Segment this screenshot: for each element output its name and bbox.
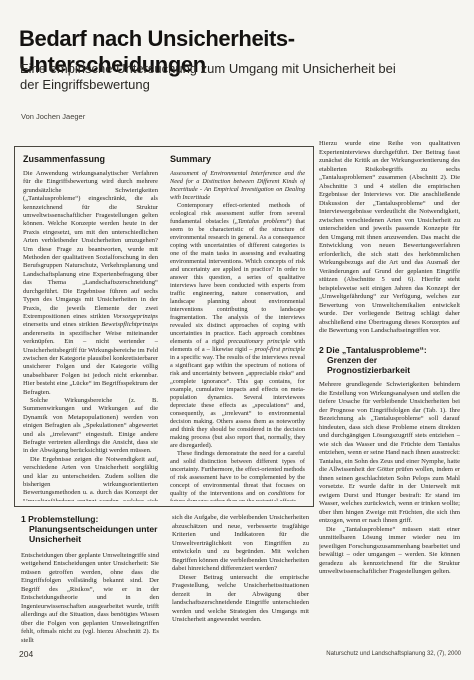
italic-term: Vorsorgeprinzips [113,313,158,320]
section1-middle-column: sich die Aufgabe, die verbleibenden Unsi… [172,514,309,664]
zusammenfassung-heading: Zusammenfassung [23,154,158,164]
intro-paragraph: Hierzu wurde eine Reihe von qualitativen… [319,140,460,336]
zusammenfassung-paragraph-3: Die Ergebnisse zeigen die Notwendigkeit … [23,456,158,501]
text-run: Die Anwendung wirkungsanalytischer Verfa… [23,170,158,320]
author-line: Von Jochen Jaeger [21,112,85,121]
zusammenfassung-paragraph-2: Solche Wirkungsbereiche (z. B. Summenwir… [23,397,158,456]
italic-term: proof-first principle [254,346,305,353]
italic-term: precautionary principle [228,338,290,345]
section1-heading: 1 Problemstellung: Planungsentscheidunge… [21,514,159,545]
text-run: einerseits und eines strikten [23,321,101,328]
summary-paragraph-1: Contemporary effect-oriented methods of … [170,202,305,450]
right-column: Hierzu wurde eine Reihe von qualitativen… [319,140,460,648]
journal-footer: Naturschutz und Landschaftsplanung 32, (… [326,651,461,657]
article-subtitle: Eine empirische Untersuchung zum Umgang … [20,61,412,92]
text-run: andererseits in spezifischer Weise mitei… [23,330,158,396]
italic-term: Beweispflichtprinzips [101,321,158,328]
zusammenfassung-paragraph-1: Die Anwendung wirkungsanalytischer Verfa… [23,170,158,397]
zusammenfassung-column: Zusammenfassung Die Anwendung wirkungsan… [23,154,158,501]
section1-paragraph: Entscheidungen über geplante Umwelteingr… [21,552,159,646]
text-run: “) that seem to be characteristic of the… [170,218,305,345]
text-run: in a specific way. The results of the in… [170,354,305,449]
summary-english-title: Assessment of Environmental Interference… [170,170,305,202]
section2-heading: 2 Die „Tantalusprobleme“: Grenzen der Pr… [319,345,460,376]
summary-paragraph-2: These findings demonstrate the need for … [170,450,305,501]
italic-term: conditions [268,490,294,497]
section1-paragraph-continued: sich die Aufgabe, die verbleibenden Unsi… [172,514,309,574]
page-number: 204 [19,649,33,659]
text-run: Die Ergebnisse zeigen die Notwendigkeit … [23,456,158,501]
italic-term: Tantalus problems [238,218,287,225]
section1-paragraph-2: Dieser Beitrag untersucht die empirische… [172,574,309,625]
section2-paragraph-1: Mehrere grundlegende Schwierigkeiten beh… [319,381,460,526]
section1-left-column: 1 Problemstellung: Planungsentscheidunge… [21,514,159,650]
summary-heading: Summary [170,154,305,164]
abstract-box: Zusammenfassung Die Anwendung wirkungsan… [14,146,314,507]
paper-page: Bedarf nach Unsicherheits-Unterscheidung… [0,0,474,680]
summary-column: Summary Assessment of Environmental Inte… [170,154,305,501]
section2-paragraph-2: Die „Tantalusprobleme“ müssen statt eine… [319,526,460,577]
